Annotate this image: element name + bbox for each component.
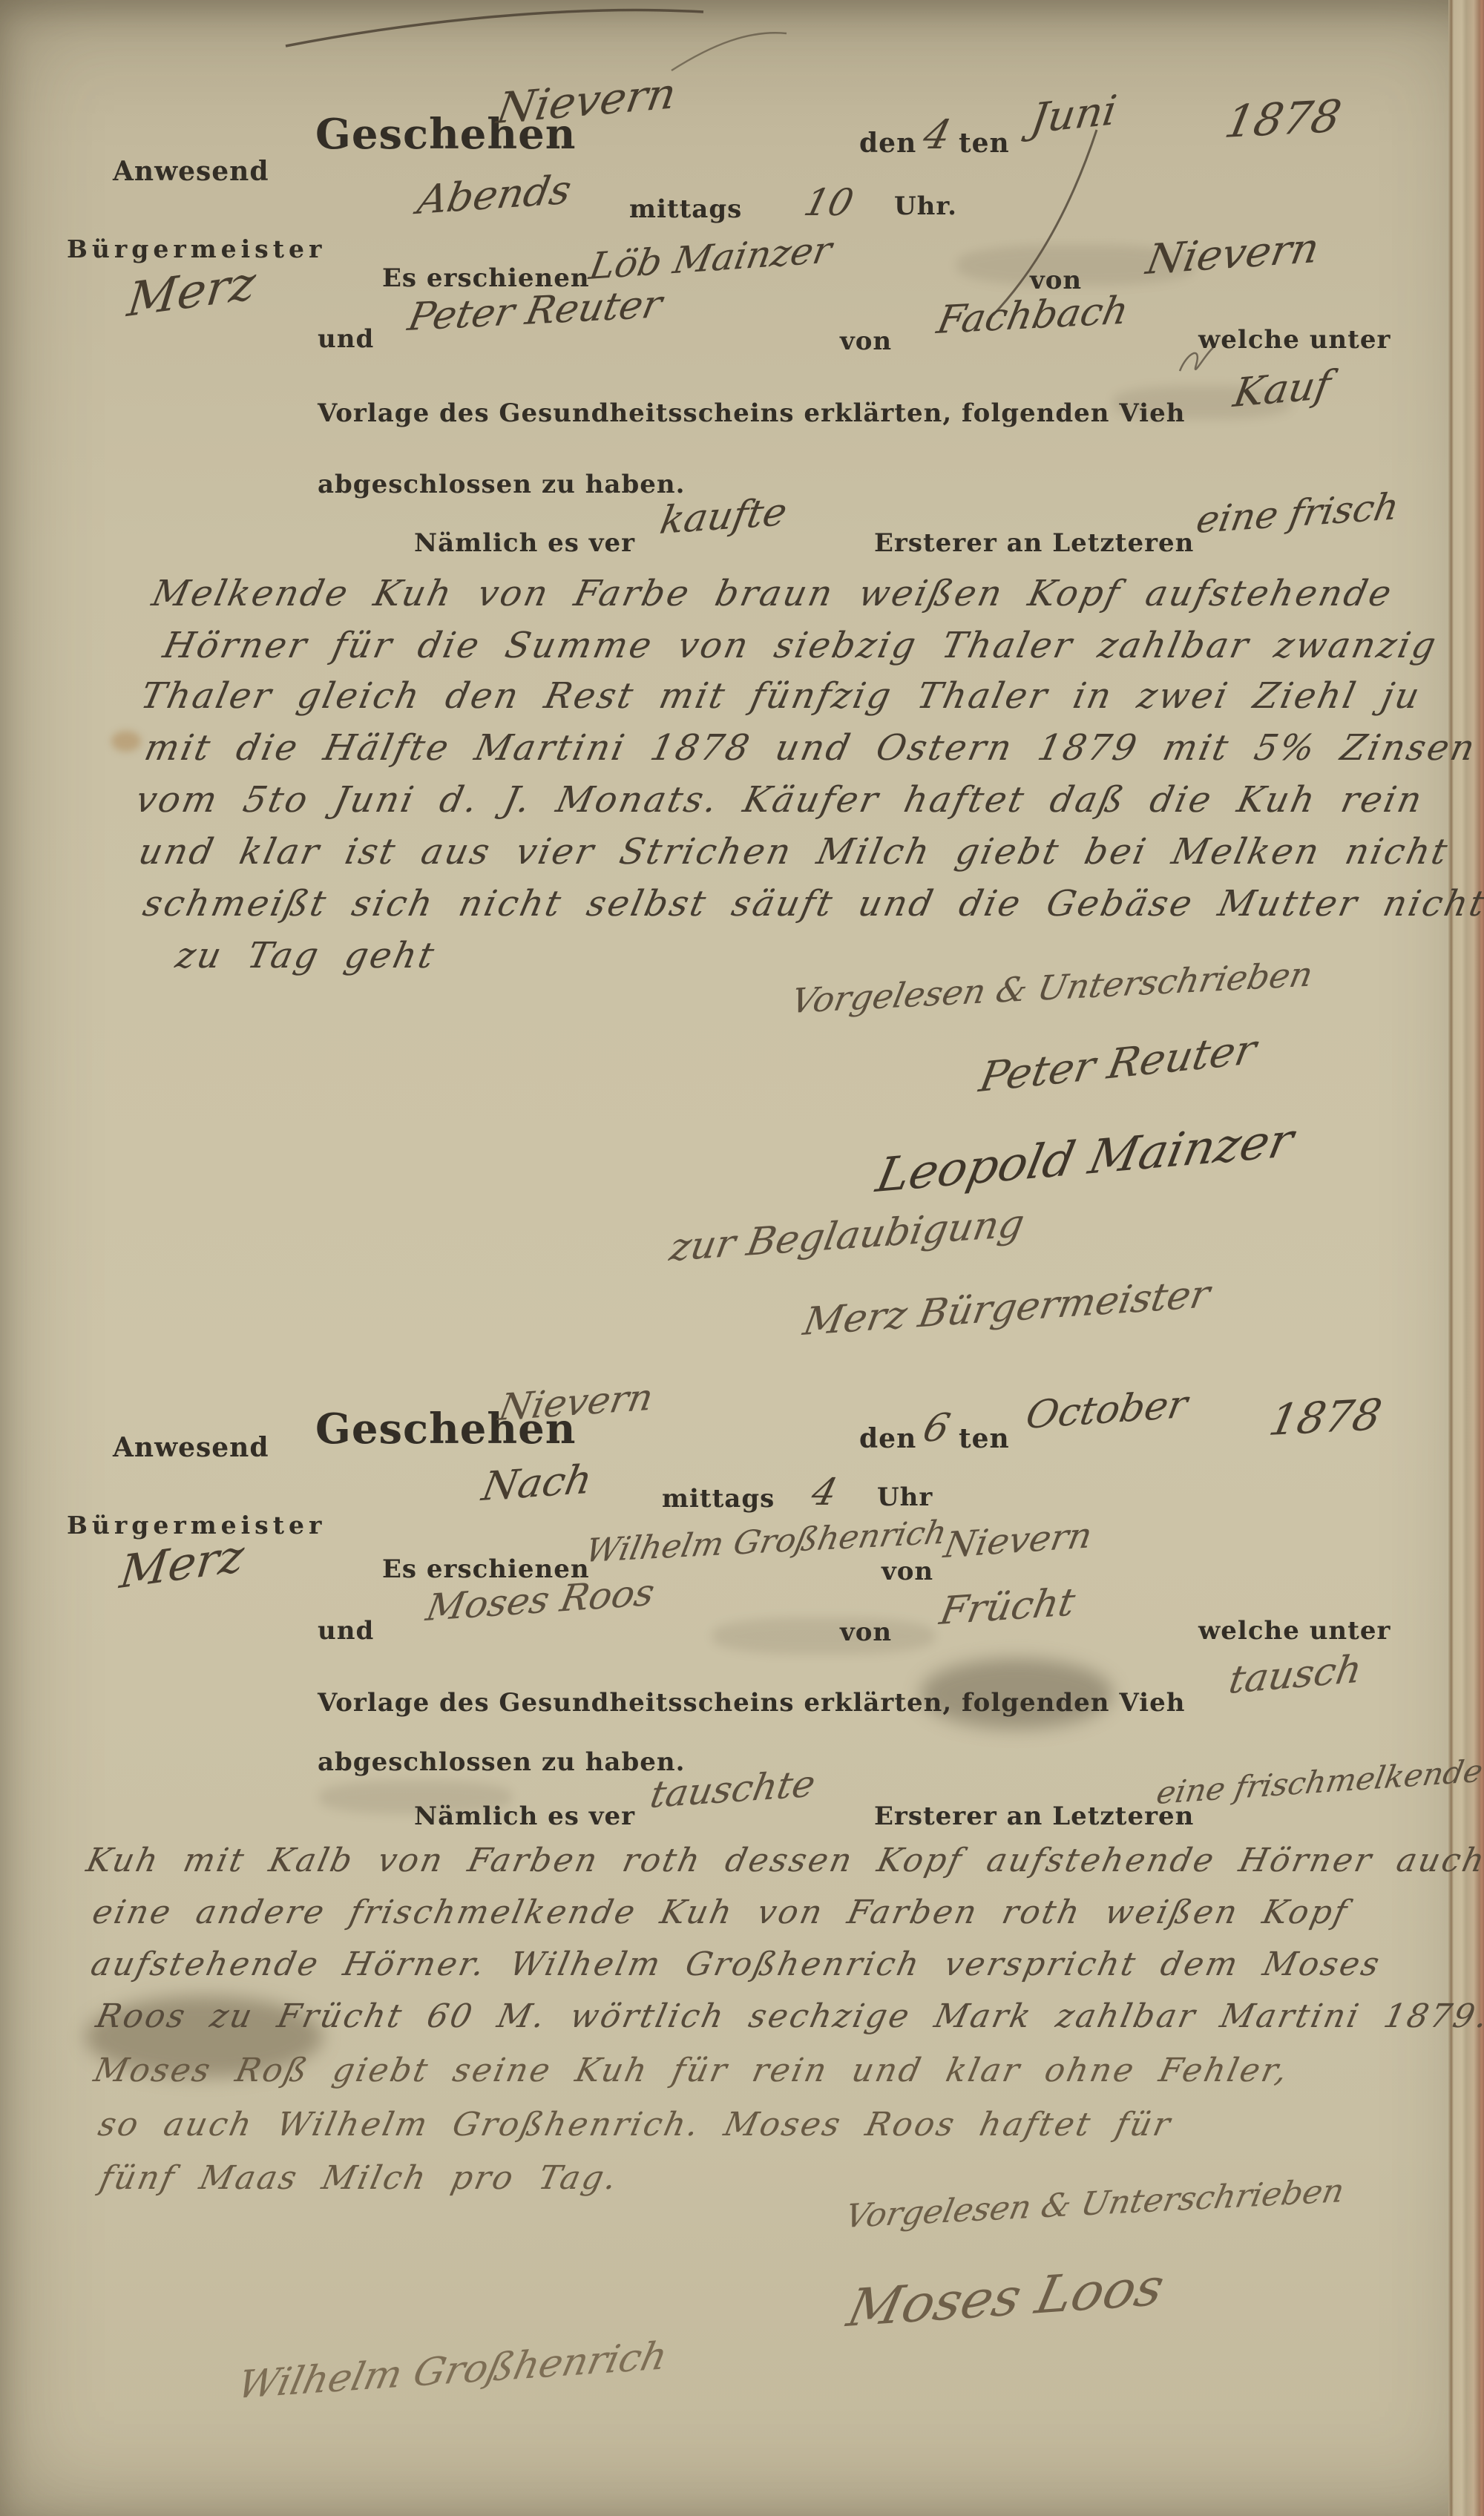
- entry1-ersterer-label: Ersterer an Letzteren: [874, 528, 1194, 558]
- entry1-month-written: Juni: [1028, 87, 1120, 143]
- entry1-verb-written: kaufte: [657, 490, 790, 543]
- entry2-anwesend-label: Anwesend: [113, 1432, 269, 1463]
- entry2-body-line: eine andere frischmelkende Kuh von Farbe…: [89, 1893, 1352, 1931]
- entry1-body-line: zu Tag geht: [172, 935, 440, 976]
- entry2-form-line2: abgeschlossen zu haben.: [318, 1747, 685, 1777]
- entry1-ten-label: ten: [959, 128, 1010, 159]
- entry2-body-line: aufstehende Hörner. Wilhelm Großhenrich …: [88, 1945, 1385, 1983]
- entry2-von1-label: von: [881, 1557, 933, 1586]
- entry2-form-line1: Vorlage des Gesundheitsscheins erklärten…: [318, 1688, 1185, 1718]
- entry1-mittags-label: mittags: [629, 194, 742, 224]
- entry1-year-written: 1878: [1221, 91, 1345, 148]
- entry2-ten-label: ten: [959, 1423, 1010, 1454]
- entry2-year-written: 1878: [1265, 1389, 1386, 1445]
- entry2-body-line: fünf Maas Milch pro Tag.: [96, 2159, 622, 2197]
- entry2-uhr-label: Uhr: [877, 1482, 933, 1512]
- entry1-body-line: und klar ist aus vier Strichen Milch gie…: [135, 831, 1453, 873]
- entry1-naemlich-label: Nämlich es ver: [414, 528, 635, 558]
- entry1-form-line2: abgeschlossen zu haben.: [318, 470, 685, 499]
- entry1-body-line: vom 5to Juni d. J. Monats. Käufer haftet…: [132, 779, 1428, 821]
- entry2-body-line: Roos zu Frücht 60 M. wörtlich sechzige M…: [93, 1997, 1484, 2035]
- entry2-von2-label: von: [840, 1617, 892, 1647]
- entry1-buergermeister-label: Bürgermeister: [67, 234, 326, 263]
- entry1-welche-unter-label: welche unter: [1198, 325, 1391, 355]
- entry2-naemlich-label: Nämlich es ver: [414, 1801, 635, 1831]
- entry1-body-line: Thaler gleich den Rest mit fünfzig Thale…: [137, 675, 1425, 717]
- entry2-body-line: Kuh mit Kalb von Farben roth dessen Kopf…: [83, 1842, 1484, 1879]
- entry1-uhr-label: Uhr.: [894, 191, 957, 221]
- entry1-form-line1: Vorlage des Gesundheitsscheins erklärten…: [318, 398, 1185, 428]
- entry2-ersterer-label: Ersterer an Letzteren: [874, 1801, 1194, 1831]
- entry1-body-line: schmeißt sich nicht selbst säuft und die…: [139, 883, 1484, 924]
- entry2-den-label: den: [859, 1423, 916, 1454]
- entry2-body-line: Moses Roß giebt seine Kuh für rein und k…: [91, 2052, 1293, 2089]
- entry2-mittags-label: mittags: [662, 1484, 775, 1514]
- entry1-body-line: Melkende Kuh von Farbe braun weißen Kopf…: [148, 573, 1397, 614]
- entry1-anwesend-label: Anwesend: [113, 156, 269, 187]
- entry1-und-label: und: [318, 324, 374, 354]
- scanned-register-page: { "page": {"description": "Viehkauf-Prot…: [0, 0, 1484, 2516]
- entry1-deal-type-written: Kauf: [1230, 361, 1334, 416]
- entry1-von2-label: von: [840, 326, 892, 356]
- entry1-body-line: Hörner für die Summe von siebzig Thaler …: [160, 625, 1442, 666]
- entry2-body-line: so auch Wilhelm Großhenrich. Moses Roos …: [95, 2106, 1175, 2144]
- entry2-time-written: Nach: [479, 1456, 596, 1510]
- entry2-welche-unter-label: welche unter: [1198, 1616, 1391, 1646]
- entry2-und-label: und: [318, 1616, 374, 1646]
- entry1-den-label: den: [859, 128, 916, 159]
- entry1-body-line: mit die Hälfte Martini 1878 und Ostern 1…: [141, 727, 1480, 769]
